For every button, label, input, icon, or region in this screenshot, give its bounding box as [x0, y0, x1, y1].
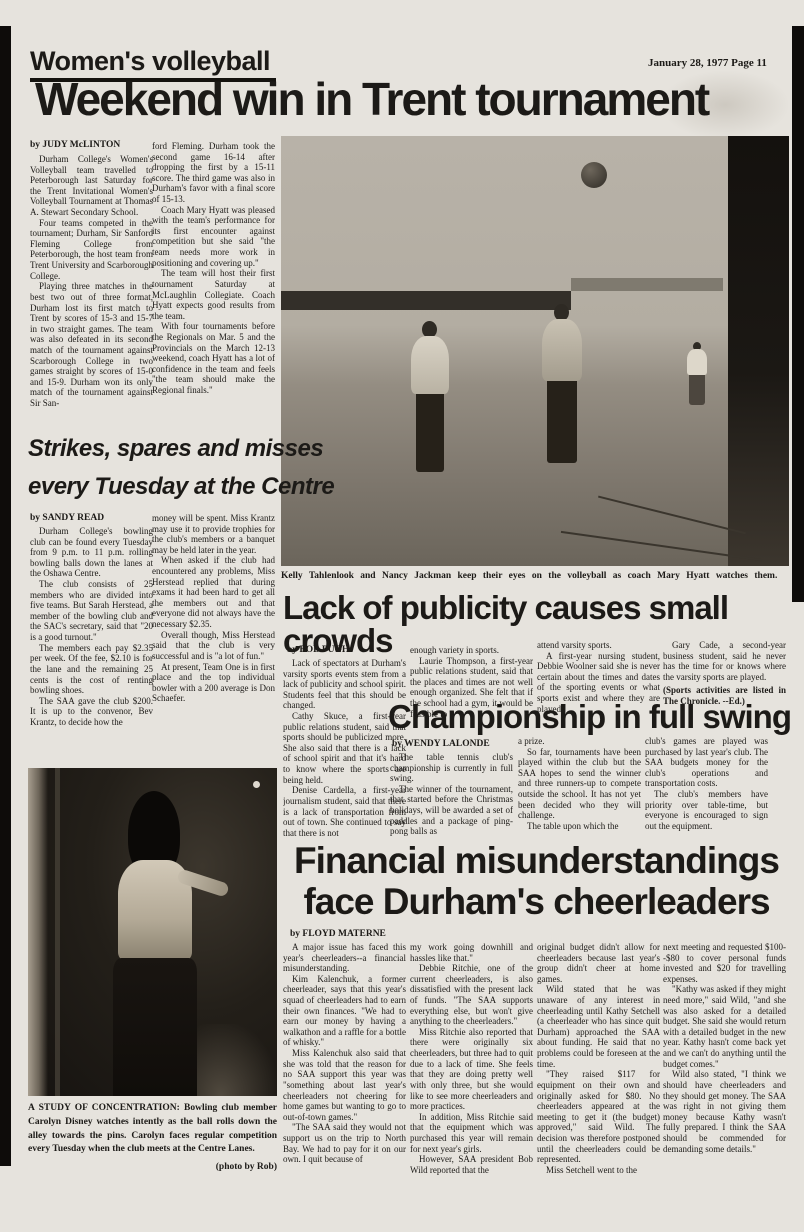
paragraph: The table tennis club's championship is …	[390, 752, 513, 784]
paragraph: The team will host their first tournamen…	[152, 268, 275, 321]
paragraph: Playing three matches in the best two ou…	[30, 281, 153, 408]
paragraph: enough variety in sports.	[410, 645, 533, 656]
paragraph: "Kathy was asked if they might need more…	[663, 984, 786, 1069]
cheerleaders-column-2: my work going downhill and hassles like …	[410, 942, 533, 1182]
paragraph: Wild stated that he was unaware of any i…	[537, 984, 660, 1069]
paragraph: The SAA gave the club $200. It is up to …	[30, 696, 153, 728]
paragraph: Kim Kalenchuk, a former cheerleader, say…	[283, 974, 406, 1048]
paragraph: Four teams competed in the tournament; D…	[30, 218, 153, 282]
championship-column-3: club's games are played was purchased by…	[645, 736, 768, 841]
trent-byline: by JUDY McLINTON	[30, 140, 120, 150]
paragraph: original budget didn't allow for cheerle…	[537, 942, 660, 984]
photo-light-speck	[253, 781, 260, 788]
photo-dark-doorway	[728, 136, 789, 566]
photo-credit: (photo by Rob)	[28, 1161, 277, 1175]
paragraph: The members each pay $2.35 per week. Of …	[30, 643, 153, 696]
cheerleaders-headline-line1: Financial misunderstandings	[283, 840, 790, 881]
publicity-column-4-text: Gary Cade, a second-year business studen…	[663, 640, 786, 682]
cheerleaders-headline-line2: face Durham's cheerleaders	[283, 881, 790, 922]
cheerleaders-column-1: A major issue has faced this year's chee…	[283, 942, 406, 1174]
bowling-column-2: money will be spent. Miss Krantz may use…	[152, 513, 275, 728]
paragraph: Debbie Ritchie, one of the current cheer…	[410, 963, 533, 1027]
volleyball-ball	[581, 162, 607, 188]
paragraph: Durham College's bowling club can be fou…	[30, 526, 153, 579]
photo-wall-band-2	[571, 278, 723, 291]
paragraph: ford Fleming. Durham took the second gam…	[152, 141, 275, 205]
photo-door-frame	[28, 768, 48, 1096]
paragraph: "They raised $117 for equipment on their…	[537, 1069, 660, 1164]
paragraph: club's games are played was purchased by…	[645, 736, 768, 789]
bowling-byline: by SANDY READ	[30, 513, 104, 523]
dateline: January 28, 1977 Page 11	[648, 58, 767, 69]
publicity-byline: by BOB PUGH	[287, 645, 349, 655]
scan-border-left	[0, 26, 11, 1166]
bowling-headline-line2: every Tuesday at the Centre	[28, 475, 334, 499]
bowling-column-1: Durham College's bowling club can be fou…	[30, 526, 153, 754]
paragraph: Gary Cade, a second-year business studen…	[663, 640, 786, 682]
bowling-photo	[28, 768, 277, 1096]
paragraph: However, SAA president Bob Wild reported…	[410, 1154, 533, 1175]
paragraph: Denise Cardella, a first-year journalism…	[283, 785, 406, 838]
main-headline: Weekend win in Trent tournament	[35, 76, 785, 122]
paragraph: The winner of the tournament, that start…	[390, 784, 513, 837]
paragraph: Miss Kalenchuk also said that she was to…	[283, 1048, 406, 1122]
paragraph: next meeting and requested $100--$80 to …	[663, 942, 786, 984]
trent-column-1: Durham College's Women's Volleyball team…	[30, 154, 153, 438]
volleyball-photo	[281, 136, 789, 566]
paragraph: my work going downhill and hassles like …	[410, 942, 533, 963]
photo-wall-band	[281, 291, 571, 310]
paragraph: Miss Ritchie also reported that there we…	[410, 1027, 533, 1112]
paragraph: The club's members have priority over ta…	[645, 789, 768, 831]
cheerleaders-column-4: next meeting and requested $100--$80 to …	[663, 942, 786, 1167]
paragraph: So far, tournaments have been played wit…	[518, 747, 641, 821]
paragraph: Coach Mary Hyatt was pleased with the te…	[152, 205, 275, 269]
championship-column-2: a prize.So far, tournaments have been pl…	[518, 736, 641, 841]
paragraph: Overall though, Miss Herstead said that …	[152, 630, 275, 662]
paragraph: In addition, Miss Ritchie said that the …	[410, 1112, 533, 1154]
volleyball-photo-caption: Kelly Tahlenlook and Nancy Jackman keep …	[281, 570, 789, 584]
trent-column-2: ford Fleming. Durham took the second gam…	[152, 141, 275, 439]
paragraph: Miss Setchell went to the	[537, 1165, 660, 1174]
photo-frame-line	[55, 768, 60, 1096]
paragraph: The club consists of 25 members who are …	[30, 579, 153, 643]
paragraph: At present, Team One is in first place a…	[152, 662, 275, 704]
paragraph: Wild also stated, "I think we should hav…	[663, 1069, 786, 1154]
cheerleaders-headline: Financial misunderstandings face Durham'…	[283, 840, 790, 923]
championship-headline: Championship in full swing	[388, 700, 791, 733]
bowling-photo-caption-block: A STUDY OF CONCENTRATION: Bowling club m…	[28, 1102, 277, 1175]
bowler-lower-body	[113, 958, 197, 1096]
newspaper-page: Women's volleyball January 28, 1977 Page…	[0, 0, 804, 1232]
scan-border-right	[792, 26, 804, 602]
court-line	[598, 496, 746, 535]
paragraph: money will be spent. Miss Krantz may use…	[152, 513, 275, 555]
cheerleaders-column-3: original budget didn't allow for cheerle…	[537, 942, 660, 1174]
paragraph: The table upon which the	[518, 821, 641, 832]
player-figure-center	[530, 304, 594, 463]
player-figure-left	[398, 321, 462, 472]
paragraph: When asked if the club had encountered a…	[152, 555, 275, 629]
paragraph: a prize.	[518, 736, 641, 747]
championship-byline: by WENDY LALONDE	[392, 739, 490, 749]
paragraph: A major issue has faced this year's chee…	[283, 942, 406, 974]
coach-figure-right	[682, 342, 712, 405]
cheerleaders-byline: by FLOYD MATERNE	[290, 929, 386, 939]
bowling-photo-caption: A STUDY OF CONCENTRATION: Bowling club m…	[28, 1102, 277, 1157]
paragraph: attend varsity sports.	[537, 640, 660, 651]
paragraph: "The SAA said they would not support us …	[283, 1122, 406, 1164]
bowling-headline-line1: Strikes, spares and misses	[28, 437, 323, 461]
paragraph: With four tournaments before the Regiona…	[152, 321, 275, 395]
paragraph: Durham College's Women's Volleyball team…	[30, 154, 153, 218]
